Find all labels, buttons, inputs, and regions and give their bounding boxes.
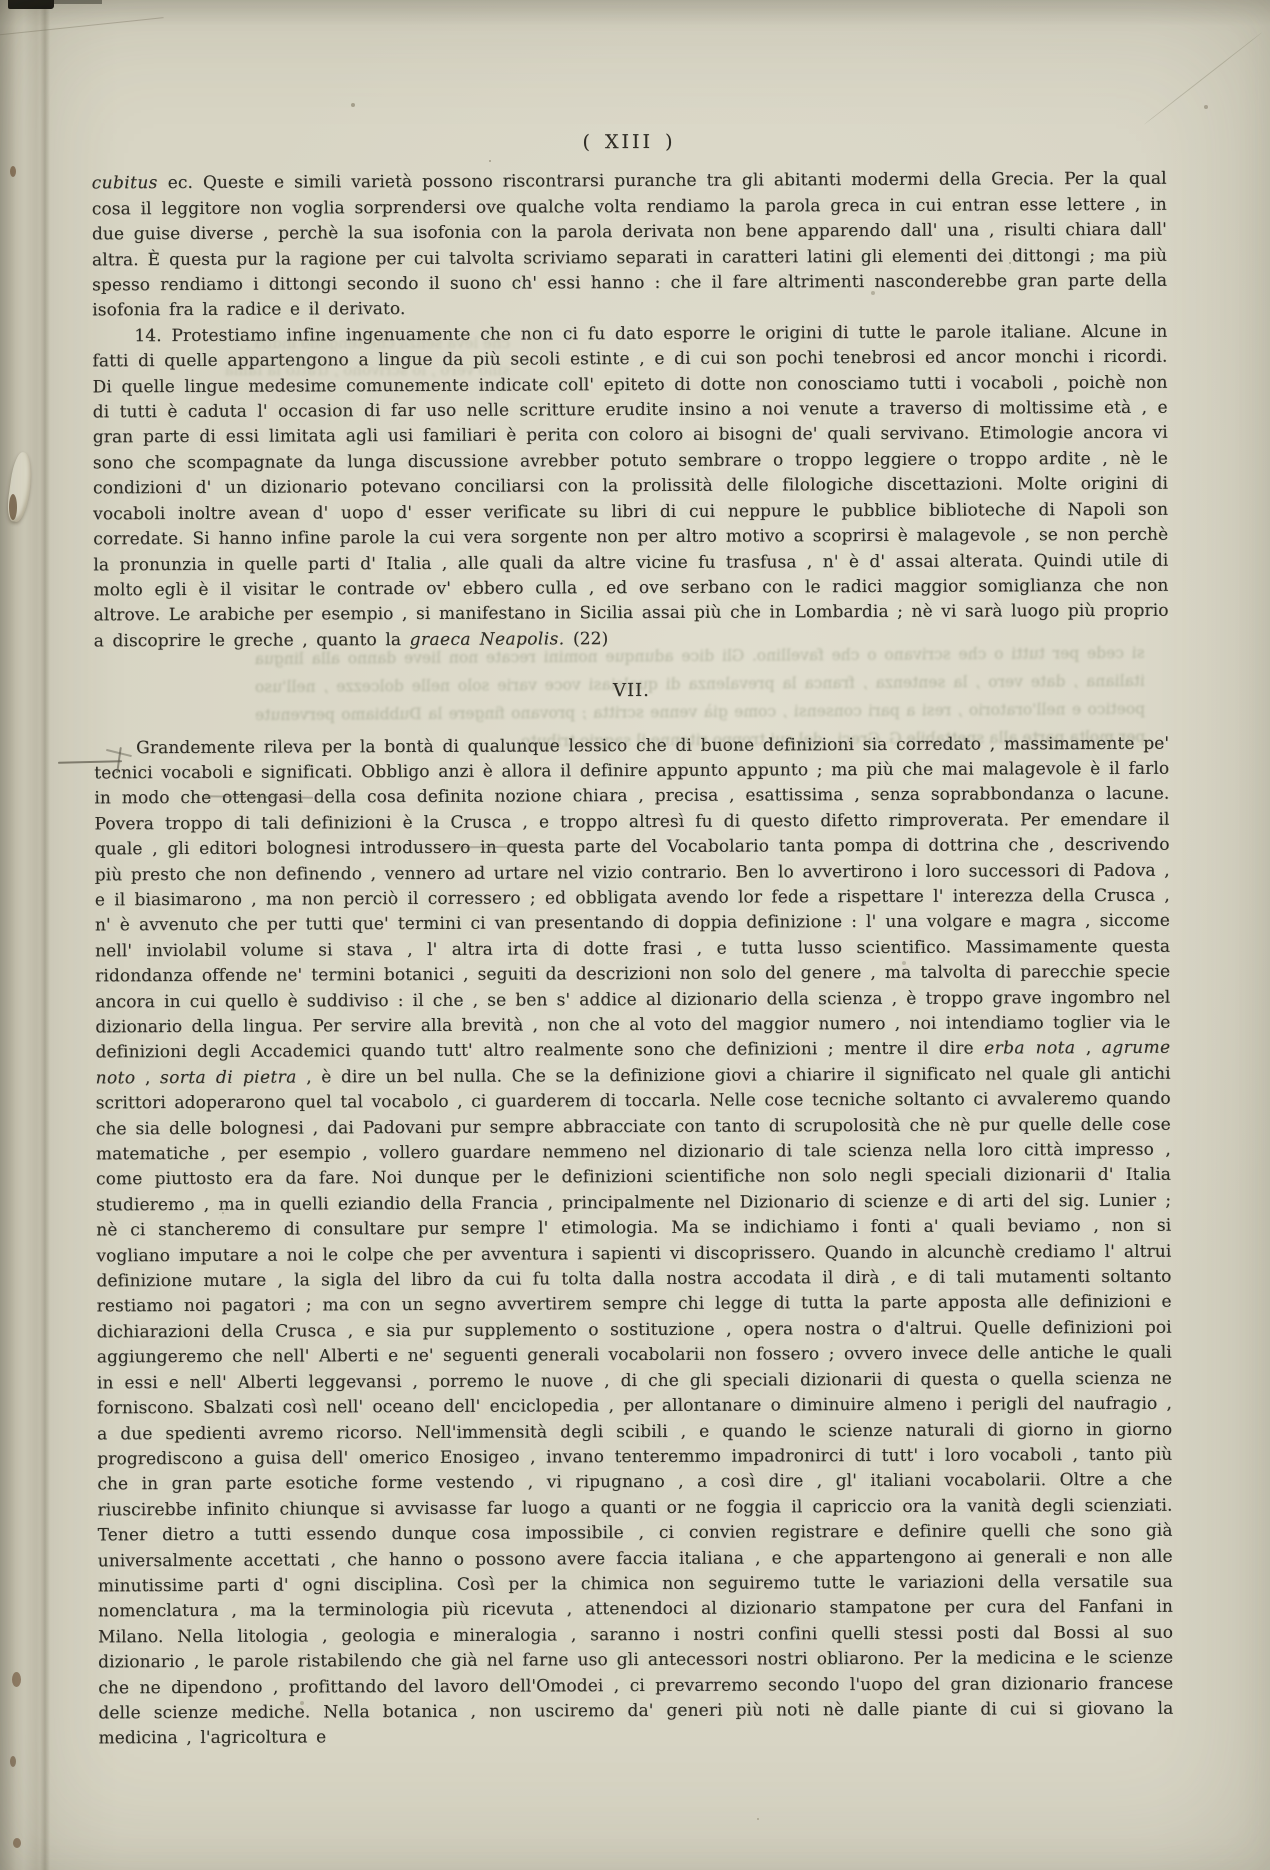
paper-stain <box>13 1838 21 1848</box>
paper-stain <box>10 166 16 177</box>
paragraph-cubitus: cubitus ec. Queste e simili varietà poss… <box>92 167 1168 324</box>
scan-corner-mark <box>54 0 102 4</box>
paragraph-14-protestiamo: 14. Protestiamo infine ingenuamente che … <box>92 320 1168 655</box>
text-column: ( XIII ) cubitus ec. Queste e simili var… <box>91 128 1173 1752</box>
paper-scratch <box>1144 32 1263 125</box>
scan-corner-mark <box>8 0 54 9</box>
paragraph-grandemente: Grandemente rileva per la bontà di qualu… <box>94 731 1173 1752</box>
page-number-header: ( XIII ) <box>91 128 1166 158</box>
section-heading-vii: VII. <box>94 676 1169 706</box>
scanned-book-page: si cede per tutti o che scrivano o che f… <box>0 0 1270 1870</box>
paper-stain <box>9 494 17 520</box>
scan-shadow-top <box>0 0 1270 26</box>
paper-stain <box>10 1756 16 1767</box>
paper-crease <box>40 0 50 1870</box>
dust-specks <box>0 0 2 2</box>
paper-stain <box>12 1672 21 1687</box>
